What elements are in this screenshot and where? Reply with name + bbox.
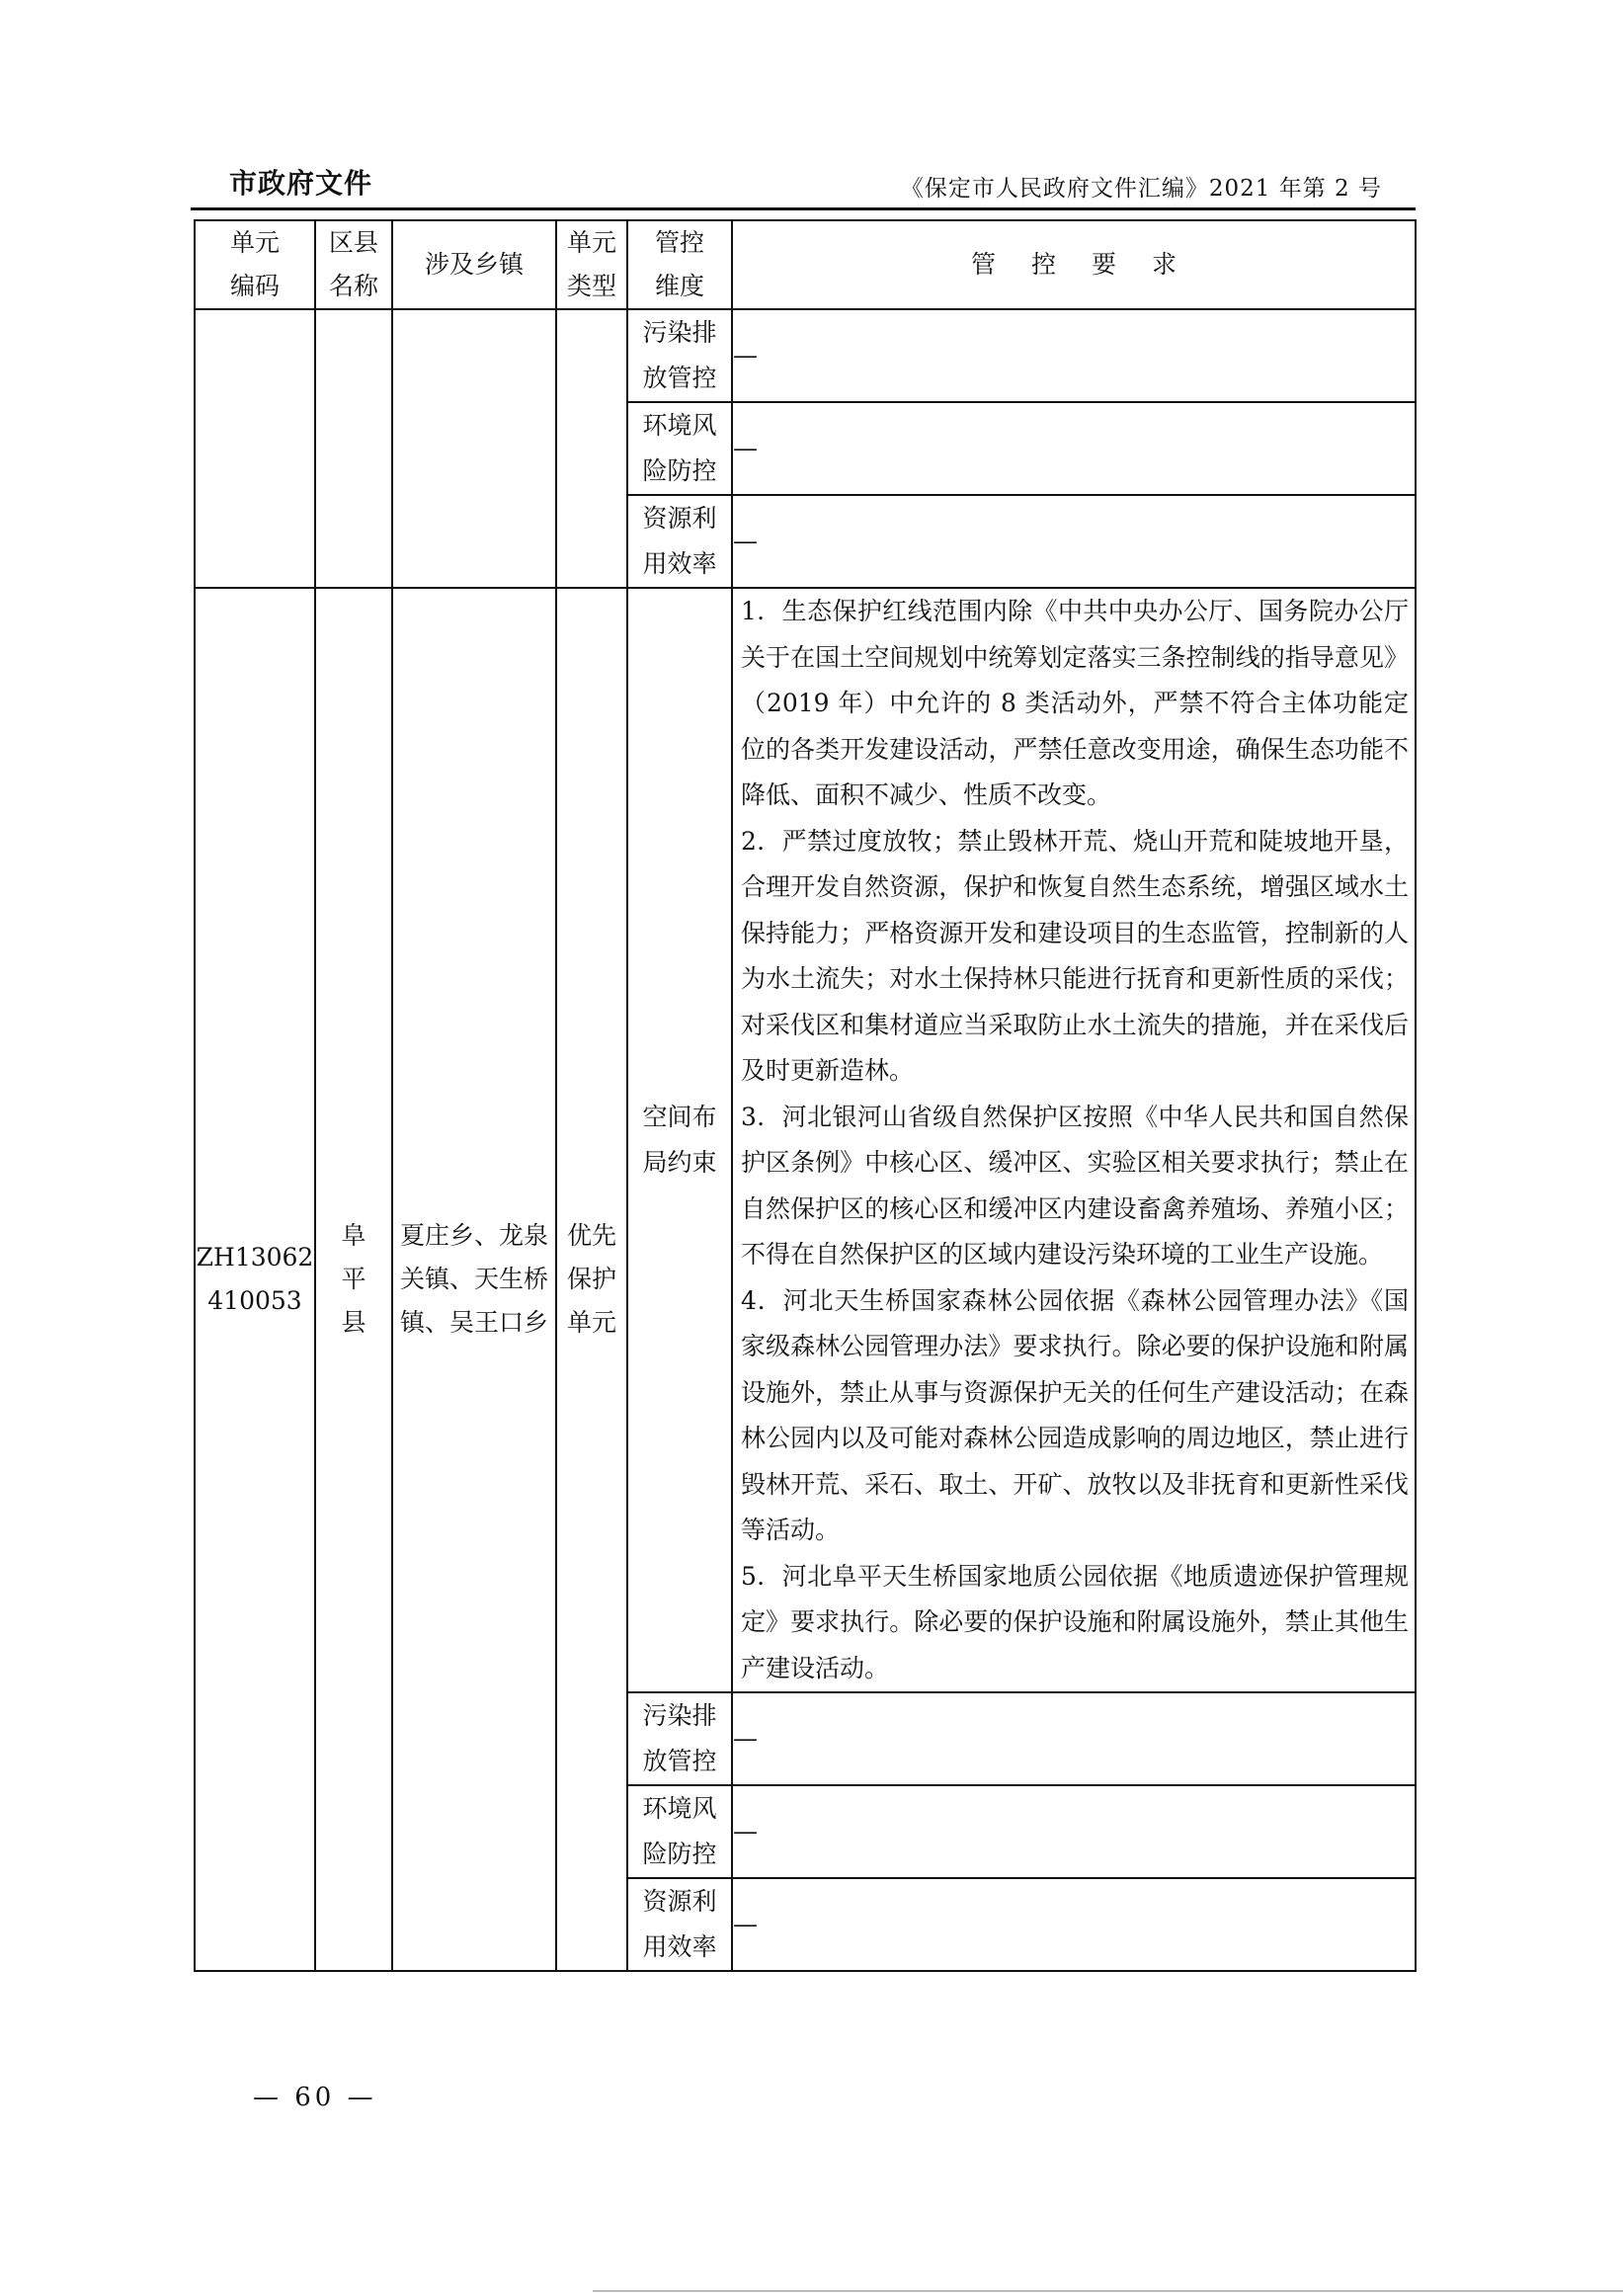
dimension-text: 污染排	[628, 310, 731, 356]
dimension-text: 资源利	[628, 1879, 731, 1925]
header-text: 编码	[196, 265, 314, 308]
unit-type-text: 单元	[557, 1301, 626, 1345]
dimension-text: 放管控	[628, 1739, 731, 1784]
unit-type-cell	[556, 309, 627, 588]
requirement-cell: —	[732, 1692, 1416, 1785]
dimension-text: 放管控	[628, 356, 731, 401]
requirement-item-4: 4．河北天生桥国家森林公园依据《森林公园管理办法》《国家级森林公园管理办法》要求…	[741, 1278, 1409, 1554]
dimension-cell: 资源利 用效率	[627, 1878, 732, 1971]
dimension-text: 用效率	[628, 1925, 731, 1970]
towns-cell: 夏庄乡、龙泉关镇、天生桥镇、吴王口乡	[392, 588, 556, 1971]
dimension-cell: 污染排 放管控	[627, 309, 732, 402]
header-text: 维度	[628, 265, 731, 308]
unit-type-text: 保护	[557, 1258, 626, 1301]
dimension-text: 资源利	[628, 496, 731, 541]
header-text: 区县	[316, 221, 391, 265]
requirement-item-5: 5．河北阜平天生桥国家地质公园依据《地质遗迹保护管理规定》要求执行。除必要的保护…	[741, 1554, 1409, 1692]
dimension-text: 险防控	[628, 449, 731, 494]
dimension-cell: 污染排 放管控	[627, 1692, 732, 1785]
dimension-cell: 环境风 险防控	[627, 1785, 732, 1878]
dimension-cell: 环境风 险防控	[627, 402, 732, 495]
header-text: 管控	[628, 221, 731, 265]
control-requirements-table: 单元 编码 区县 名称 涉及乡镇 单元 类型 管控 维度 管控要求	[194, 219, 1417, 1972]
publication-title: 《保定市人民政府文件汇编》2021 年第 2 号	[901, 170, 1382, 203]
header-text: 单元	[196, 221, 314, 265]
towns-cell	[392, 309, 556, 588]
dimension-text: 环境风	[628, 1786, 731, 1832]
requirement-cell: —	[732, 1785, 1416, 1878]
dimension-text: 局约束	[628, 1140, 731, 1186]
dimension-text: 污染排	[628, 1693, 731, 1739]
page-header-title: 市政府文件	[229, 162, 372, 202]
header-text: 单元	[557, 221, 626, 265]
dimension-cell: 资源利 用效率	[627, 495, 732, 588]
requirement-cell: —	[732, 495, 1416, 588]
table-row: 污染排 放管控 —	[195, 309, 1416, 402]
county-char: 县	[316, 1301, 391, 1345]
header-county-name: 区县 名称	[315, 220, 392, 309]
dimension-cell-spatial: 空间布 局约束	[627, 588, 732, 1692]
spatial-requirements-cell: 1．生态保护红线范围内除《中共中央办公厅、国务院办公厅关于在国土空间规划中统筹划…	[732, 588, 1416, 1692]
requirement-item-2: 2．严禁过度放牧；禁止毁林开荒、烧山开荒和陡坡地开垦，合理开发自然资源，保护和恢…	[741, 819, 1409, 1095]
dimension-text: 空间布	[628, 1095, 731, 1140]
dimension-text: 环境风	[628, 403, 731, 449]
header-towns: 涉及乡镇	[392, 220, 556, 309]
scan-edge-line	[593, 2290, 1623, 2292]
header-control-requirements: 管控要求	[732, 220, 1416, 309]
dimension-text: 用效率	[628, 541, 731, 587]
county-char: 平	[316, 1258, 391, 1301]
requirement-item-1: 1．生态保护红线范围内除《中共中央办公厅、国务院办公厅关于在国土空间规划中统筹划…	[741, 589, 1409, 819]
header-text: 类型	[557, 265, 626, 308]
dimension-text: 险防控	[628, 1832, 731, 1877]
county-cell: 阜 平 县	[315, 588, 392, 1971]
requirement-cell: —	[732, 402, 1416, 495]
unit-type-cell: 优先 保护 单元	[556, 588, 627, 1971]
header-rule	[191, 207, 1416, 210]
header-unit-type: 单元 类型	[556, 220, 627, 309]
requirement-item-3: 3．河北银河山省级自然保护区按照《中华人民共和国自然保护区条例》中核心区、缓冲区…	[741, 1095, 1409, 1278]
header-unit-code: 单元 编码	[195, 220, 315, 309]
requirement-cell: —	[732, 1878, 1416, 1971]
table-row: ZH13062410053 阜 平 县 夏庄乡、龙泉关镇、天生桥镇、吴王口乡 优…	[195, 588, 1416, 1692]
county-cell	[315, 309, 392, 588]
unit-code-cell: ZH13062410053	[195, 588, 315, 1971]
header-control-dimension: 管控 维度	[627, 220, 732, 309]
requirement-cell: —	[732, 309, 1416, 402]
page-number: — 60 —	[253, 2083, 377, 2112]
table-header-row: 单元 编码 区县 名称 涉及乡镇 单元 类型 管控 维度 管控要求	[195, 220, 1416, 309]
unit-code-cell	[195, 309, 315, 588]
unit-type-text: 优先	[557, 1214, 626, 1258]
county-char: 阜	[316, 1214, 391, 1258]
header-text: 名称	[316, 265, 391, 308]
